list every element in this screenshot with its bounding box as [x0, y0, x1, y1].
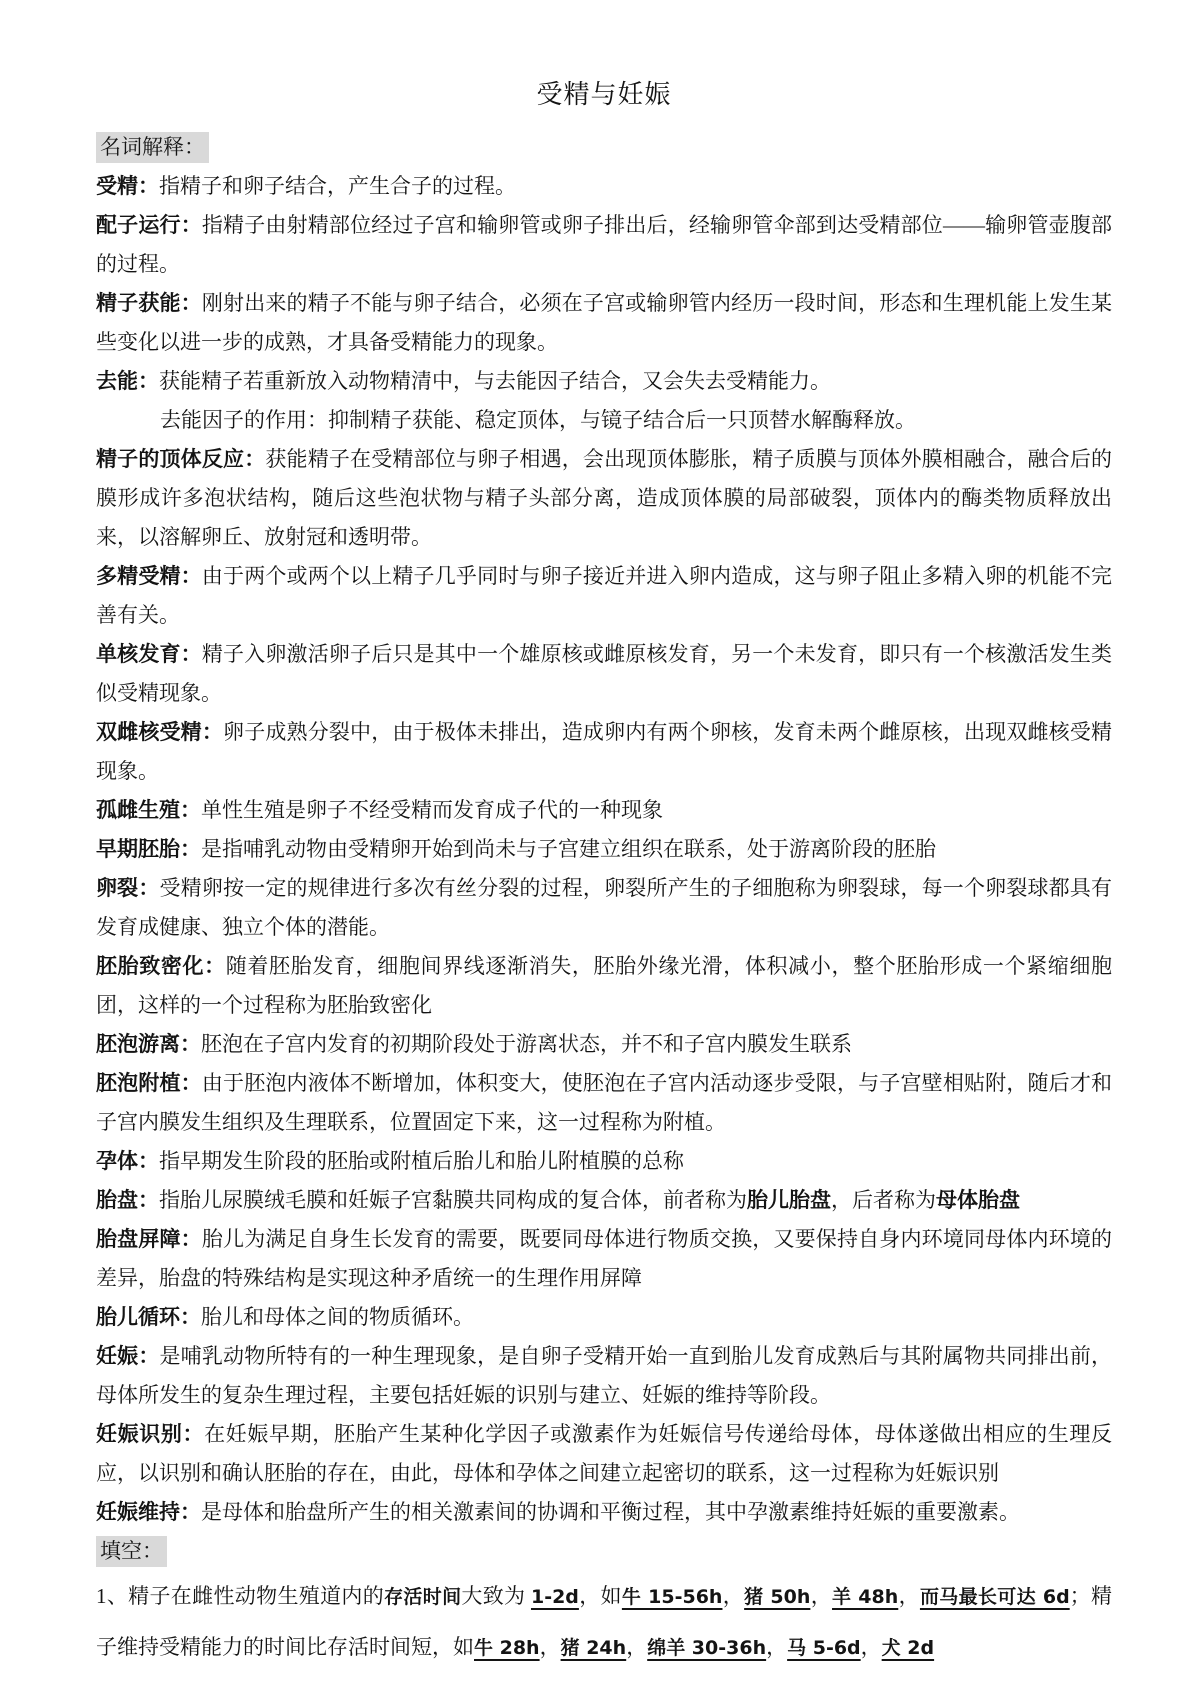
definition-item: 多精受精：由于两个或两个以上精子几乎同时与卵子接近并进入卵内造成，这与卵子阻止多…: [96, 557, 1112, 635]
definition-term: 胎盘：: [96, 1188, 159, 1212]
definition-term: 精子获能：: [96, 291, 202, 315]
definition-item: 妊娠：是哺乳动物所特有的一种生理现象，是自卵子受精开始一直到胎儿发育成熟后与其附…: [96, 1337, 1112, 1415]
fill-in-text: 犬 2d: [882, 1637, 934, 1659]
definition-text: ，后者称为: [831, 1188, 936, 1212]
section-label-definitions: 名词解释：: [96, 132, 209, 163]
definition-text: 是母体和胎盘所产生的相关激素间的协调和平衡过程，其中孕激素维持妊娠的重要激素。: [201, 1500, 1020, 1524]
fill-in-text: 牛 28h: [474, 1637, 540, 1659]
definition-item: 胚胎致密化：随着胚胎发育，细胞间界线逐渐消失，胚胎外缘光滑，体积减小，整个胚胎形…: [96, 947, 1112, 1025]
definition-item: 早期胚胎：是指哺乳动物由受精卵开始到尚未与子宫建立组织在联系，处于游离阶段的胚胎: [96, 830, 1112, 869]
definition-term: 妊娠识别：: [96, 1422, 204, 1446]
definition-item: 精子获能：刚射出来的精子不能与卵子结合，必须在子宫或输卵管内经历一段时间，形态和…: [96, 284, 1112, 362]
fill-in-text: ，: [722, 1584, 744, 1608]
fill-in-text: 猪 50h: [744, 1586, 810, 1608]
definition-text: 指精子由射精部位经过子宫和输卵管或卵子排出后，经输卵管伞部到达受精部位——输卵管…: [96, 213, 1112, 276]
fill-in-text: 牛 15-56h: [622, 1586, 723, 1608]
definition-term: 胚泡附植：: [96, 1071, 202, 1095]
definition-term: 胎儿循环：: [96, 1305, 201, 1329]
definition-item: 去能：获能精子若重新放入动物精清中，与去能因子结合，又会失去受精能力。: [96, 362, 1112, 401]
fill-in-text: 羊 48h: [832, 1586, 898, 1608]
definition-text: 母体胎盘: [936, 1188, 1020, 1212]
definition-item: 孕体：指早期发生阶段的胚胎或附植后胎儿和胎儿附植膜的总称: [96, 1142, 1112, 1181]
definition-text: 由于两个或两个以上精子几乎同时与卵子接近并进入卵内造成，这与卵子阻止多精入卵的机…: [96, 564, 1112, 627]
fill-in-number: 1、: [96, 1584, 128, 1608]
definition-item: 胚泡附植：由于胚泡内液体不断增加，体积变大，使胚泡在子宫内活动逐步受限，与子宫壁…: [96, 1064, 1112, 1142]
definition-term: 卵裂：: [96, 876, 160, 900]
definition-term: 单核发育：: [96, 642, 202, 666]
definition-item: 双雌核受精：卵子成熟分裂中，由于极体未排出，造成卵内有两个卵核，发育未两个雌原核…: [96, 713, 1112, 791]
definition-term: 受精：: [96, 174, 159, 198]
definition-text: 去能因子的作用：抑制精子获能、稳定顶体，与镜子结合后一只顶替水解酶释放。: [160, 408, 916, 432]
definition-text: 由于胚泡内液体不断增加，体积变大，使胚泡在子宫内活动逐步受限，与子宫壁相贴附，随…: [96, 1071, 1112, 1134]
definition-item: 单核发育：精子入卵激活卵子后只是其中一个雄原核或雌原核发育，另一个未发育，即只有…: [96, 635, 1112, 713]
fill-in-text: 绵羊 30-36h: [647, 1637, 766, 1659]
definition-text: 获能精子若重新放入动物精清中，与去能因子结合，又会失去受精能力。: [159, 369, 831, 393]
fill-in-text: 1-2d: [531, 1586, 579, 1608]
definition-term: 妊娠维持：: [96, 1500, 201, 1524]
fill-in-text: ，: [898, 1584, 920, 1608]
definition-text: 精子入卵激活卵子后只是其中一个雄原核或雌原核发育，另一个未发育，即只有一个核激活…: [96, 642, 1112, 705]
definition-text: 胎儿为满足自身生长发育的需要，既要同母体进行物质交换，又要保持自身内环境同母体内…: [96, 1227, 1112, 1290]
definition-text: 胎儿和母体之间的物质循环。: [201, 1305, 474, 1329]
fill-in-list: 1、精子在雌性动物生殖道内的存活时间大致为 1-2d，如牛 15-56h，猪 5…: [96, 1571, 1112, 1673]
definition-term: 孤雌生殖：: [96, 798, 201, 822]
definition-text: 单性生殖是卵子不经受精而发育成子代的一种现象: [201, 798, 663, 822]
definition-text: 指早期发生阶段的胚胎或附植后胎儿和胎儿附植膜的总称: [159, 1149, 684, 1173]
fill-in-text: 存活时间: [384, 1586, 461, 1608]
definition-term: 孕体：: [96, 1149, 159, 1173]
definition-term: 胚胎致密化：: [96, 954, 226, 978]
definition-term: 妊娠：: [96, 1344, 160, 1368]
definition-text: 在妊娠早期，胚胎产生某种化学因子或激素作为妊娠信号传递给母体，母体遂做出相应的生…: [96, 1422, 1112, 1485]
section-definitions-row: 名词解释：: [96, 128, 1112, 167]
definition-term: 精子的顶体反应：: [96, 447, 265, 471]
definition-item: 胚泡游离：胚泡在子宫内发育的初期阶段处于游离状态，并不和子宫内膜发生联系: [96, 1025, 1112, 1064]
definition-text: 受精卵按一定的规律进行多次有丝分裂的过程，卵裂所产生的子细胞称为卵裂球，每一个卵…: [96, 876, 1112, 939]
definition-term: 双雌核受精：: [96, 720, 223, 744]
definition-item: 胎盘：指胎儿尿膜绒毛膜和妊娠子宫黏膜共同构成的复合体，前者称为胎儿胎盘，后者称为…: [96, 1181, 1112, 1220]
definition-term: 胎盘屏障：: [96, 1227, 202, 1251]
definition-item: 妊娠识别：在妊娠早期，胚胎产生某种化学因子或激素作为妊娠信号传递给母体，母体遂做…: [96, 1415, 1112, 1493]
section-label-fill: 填空：: [96, 1536, 167, 1567]
fill-in-text: 猪 24h: [561, 1637, 627, 1659]
definition-text: 胎儿胎盘: [747, 1188, 831, 1212]
fill-in-text: ，如: [579, 1584, 622, 1608]
fill-in-text: ，: [540, 1635, 561, 1659]
definition-text: 卵子成熟分裂中，由于极体未排出，造成卵内有两个卵核，发育未两个雌原核，出现双雌核…: [96, 720, 1112, 783]
definition-item: 受精：指精子和卵子结合，产生合子的过程。: [96, 167, 1112, 206]
definition-term: 配子运行：: [96, 213, 202, 237]
definition-item: 妊娠维持：是母体和胎盘所产生的相关激素间的协调和平衡过程，其中孕激素维持妊娠的重…: [96, 1493, 1112, 1532]
definition-text: 胚泡在子宫内发育的初期阶段处于游离状态，并不和子宫内膜发生联系: [201, 1032, 852, 1056]
definition-item: 去能因子的作用：抑制精子获能、稳定顶体，与镜子结合后一只顶替水解酶释放。: [96, 401, 1112, 440]
section-fill-row: 填空：: [96, 1532, 1112, 1571]
definition-term: 多精受精：: [96, 564, 202, 588]
fill-in-item: 1、精子在雌性动物生殖道内的存活时间大致为 1-2d，如牛 15-56h，猪 5…: [96, 1571, 1112, 1673]
definition-item: 胎盘屏障：胎儿为满足自身生长发育的需要，既要同母体进行物质交换，又要保持自身内环…: [96, 1220, 1112, 1298]
fill-in-text: 马 5-6d: [787, 1637, 861, 1659]
definition-item: 孤雌生殖：单性生殖是卵子不经受精而发育成子代的一种现象: [96, 791, 1112, 830]
fill-in-text: 精子在雌性动物生殖道内的: [128, 1584, 384, 1608]
definition-text: 随着胚胎发育，细胞间界线逐渐消失，胚胎外缘光滑，体积减小，整个胚胎形成一个紧缩细…: [96, 954, 1112, 1017]
fill-in-text: ，: [766, 1635, 787, 1659]
definition-text: 刚射出来的精子不能与卵子结合，必须在子宫或输卵管内经历一段时间，形态和生理机能上…: [96, 291, 1112, 354]
definition-text: 指胎儿尿膜绒毛膜和妊娠子宫黏膜共同构成的复合体，前者称为: [159, 1188, 747, 1212]
fill-in-text: ，: [810, 1584, 832, 1608]
fill-in-text: 大致为: [461, 1584, 531, 1608]
definition-term: 胚泡游离：: [96, 1032, 201, 1056]
fill-in-text: ，: [861, 1635, 882, 1659]
definitions-list: 受精：指精子和卵子结合，产生合子的过程。配子运行：指精子由射精部位经过子宫和输卵…: [96, 167, 1112, 1532]
definition-text: 是指哺乳动物由受精卵开始到尚未与子宫建立组织在联系，处于游离阶段的胚胎: [201, 837, 936, 861]
definition-item: 卵裂：受精卵按一定的规律进行多次有丝分裂的过程，卵裂所产生的子细胞称为卵裂球，每…: [96, 869, 1112, 947]
definition-text: 是哺乳动物所特有的一种生理现象，是自卵子受精开始一直到胎儿发育成熟后与其附属物共…: [96, 1344, 1112, 1407]
page-title: 受精与妊娠: [96, 78, 1112, 112]
definition-term: 去能：: [96, 369, 159, 393]
definition-item: 配子运行：指精子由射精部位经过子宫和输卵管或卵子排出后，经输卵管伞部到达受精部位…: [96, 206, 1112, 284]
fill-in-text: ，: [626, 1635, 647, 1659]
definition-term: 早期胚胎：: [96, 837, 201, 861]
definition-item: 胎儿循环：胎儿和母体之间的物质循环。: [96, 1298, 1112, 1337]
definition-item: 精子的顶体反应：获能精子在受精部位与卵子相遇，会出现顶体膨胀，精子质膜与顶体外膜…: [96, 440, 1112, 557]
definition-text: 指精子和卵子结合，产生合子的过程。: [159, 174, 516, 198]
document-page: 受精与妊娠 名词解释： 受精：指精子和卵子结合，产生合子的过程。配子运行：指精子…: [0, 0, 1190, 1683]
fill-in-text: 而马最长可达 6d: [920, 1586, 1070, 1608]
